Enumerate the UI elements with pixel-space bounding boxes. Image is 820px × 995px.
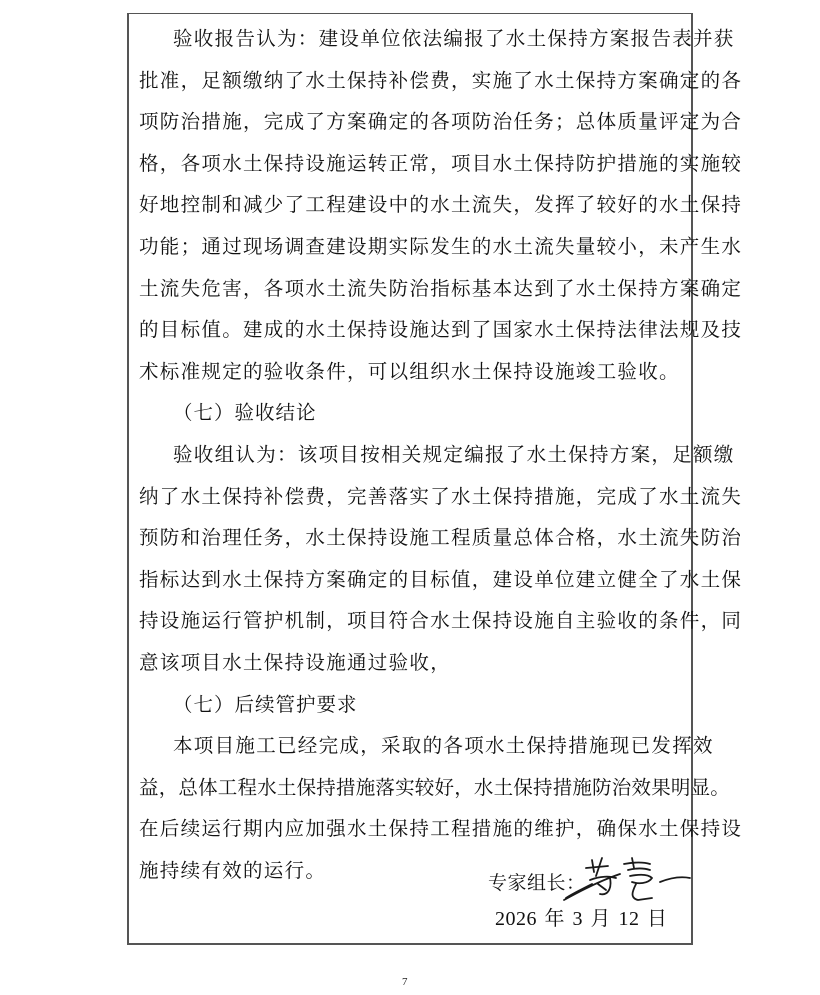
text-line: 益，总体工程水土保持措施落实较好，水土保持措施防治效果明显。 bbox=[139, 767, 684, 809]
text-line: 功能；通过现场调查建设期实际发生的水土流失量较小，未产生水 bbox=[139, 226, 684, 268]
section-heading-acceptance-conclusion: （七）验收结论 bbox=[139, 392, 684, 434]
text-line: 土流失危害，各项水土流失防治指标基本达到了水土保持方案确定 bbox=[139, 268, 684, 310]
document-body: 验收报告认为：建设单位依法编报了水土保持方案报告表并获 批准，足额缴纳了水土保持… bbox=[139, 18, 684, 891]
handwritten-signature-icon bbox=[562, 854, 692, 906]
page-number: 7 bbox=[402, 976, 408, 988]
text-line: 好地控制和减少了工程建设中的水土流失，发挥了较好的水土保持 bbox=[139, 184, 684, 226]
text-line: 本项目施工已经完成，采取的各项水土保持措施现已发挥效 bbox=[139, 725, 684, 767]
text-line: 术标准规定的验收条件，可以组织水土保持设施竣工验收。 bbox=[139, 351, 684, 393]
text-line: 持设施运行管护机制，项目符合水土保持设施自主验收的条件，同 bbox=[139, 600, 684, 642]
text-line: 在后续运行期内应加强水土保持工程措施的维护，确保水土保持设 bbox=[139, 808, 684, 850]
text-line: 意该项目水土保持设施通过验收， bbox=[139, 642, 684, 684]
signature-date: 2026 年 3 月 12 日 bbox=[495, 902, 668, 931]
section-heading-follow-up-maintenance: （七）后续管护要求 bbox=[139, 684, 684, 726]
signature-block: 专家组长： bbox=[484, 854, 694, 904]
text-line: 批准，足额缴纳了水土保持补偿费，实施了水土保持方案确定的各 bbox=[139, 60, 684, 102]
text-line: 验收组认为：该项目按相关规定编报了水土保持方案，足额缴 bbox=[139, 434, 684, 476]
text-line: 验收报告认为：建设单位依法编报了水土保持方案报告表并获 bbox=[139, 18, 684, 60]
text-line: 格，各项水土保持设施运转正常，项目水土保持防护措施的实施较 bbox=[139, 143, 684, 185]
text-line: 的目标值。建成的水土保持设施达到了国家水土保持法律法规及技 bbox=[139, 309, 684, 351]
document-frame: 验收报告认为：建设单位依法编报了水土保持方案报告表并获 批准，足额缴纳了水土保持… bbox=[127, 13, 693, 945]
text-line: 预防和治理任务，水土保持设施工程质量总体合格，水土流失防治 bbox=[139, 517, 684, 559]
text-line: 纳了水土保持补偿费，完善落实了水土保持措施，完成了水土流失 bbox=[139, 476, 684, 518]
text-line: 指标达到水土保持方案确定的目标值，建设单位建立健全了水土保 bbox=[139, 559, 684, 601]
text-line: 项防治措施，完成了方案确定的各项防治任务；总体质量评定为合 bbox=[139, 101, 684, 143]
